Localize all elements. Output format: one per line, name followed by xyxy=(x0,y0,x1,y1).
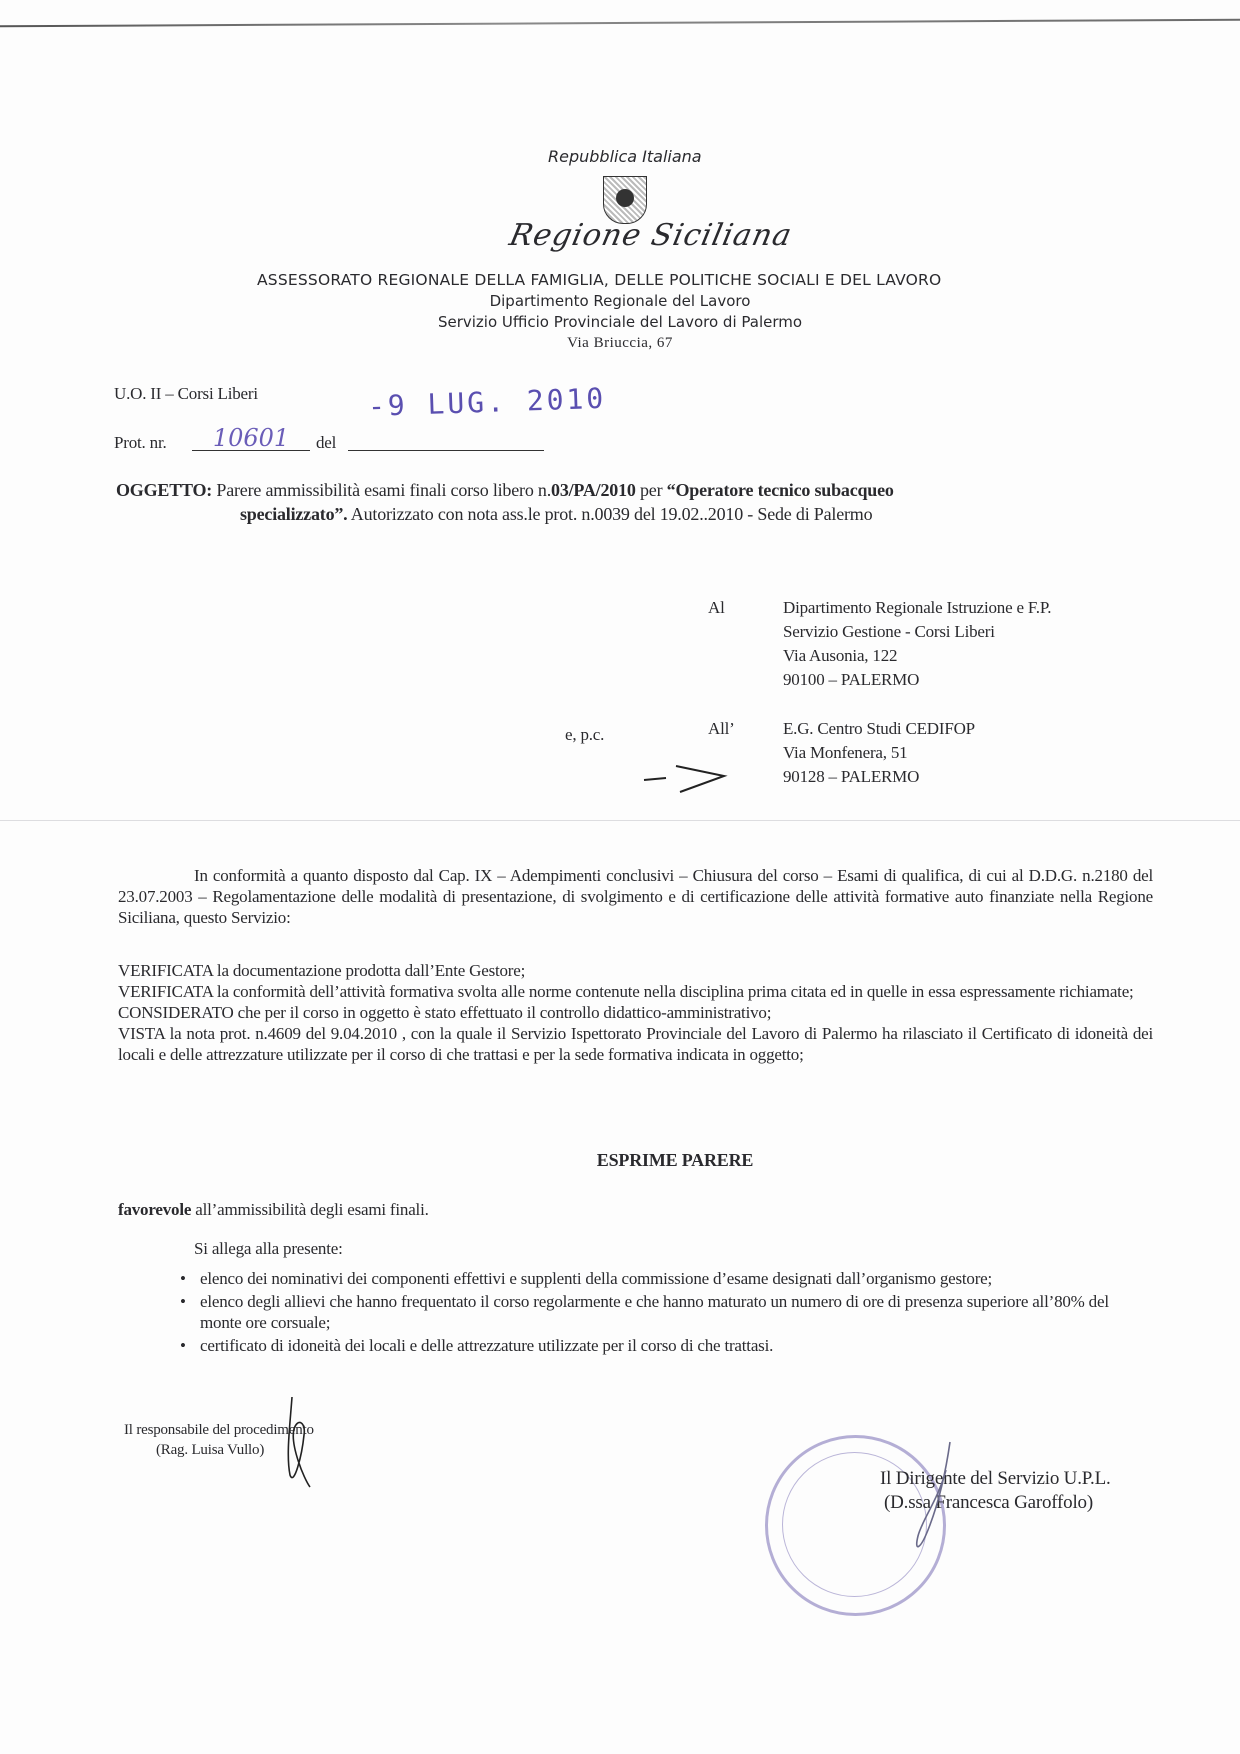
office-address: Via Briuccia, 67 xyxy=(0,335,1240,352)
attachment-item: •elenco degli allievi che hanno frequent… xyxy=(180,1291,1130,1333)
subject-authorization: Autorizzato con nota ass.le prot. n.0039… xyxy=(347,504,872,524)
attachment-text: certificato di idoneità dei locali e del… xyxy=(200,1335,773,1356)
cc-prefix: e, p.c. xyxy=(565,724,604,745)
recipient-line: Dipartimento Regionale Istruzione e F.P. xyxy=(783,596,1051,620)
fold-line xyxy=(0,820,1240,821)
premise-item: CONSIDERATO che per il corso in oggetto … xyxy=(118,1002,1153,1023)
recipient-line: Via Monfenera, 51 xyxy=(783,741,975,765)
page-top-edge xyxy=(0,19,1240,27)
recipient-line: Via Ausonia, 122 xyxy=(783,644,1051,668)
subject-text: Parere ammissibilità esami finali corso … xyxy=(216,480,551,500)
coat-of-arms-icon xyxy=(603,176,647,224)
recipient-line: E.G. Centro Studi CEDIFOP xyxy=(783,717,975,741)
subject-block: OGGETTO: Parere ammissibilità esami fina… xyxy=(116,478,1056,526)
recipient-1-salutation: Al xyxy=(708,597,725,618)
date-stamp: -9 LUG. 2010 xyxy=(367,382,606,423)
recipient-1-address: Dipartimento Regionale Istruzione e F.P.… xyxy=(783,596,1051,692)
del-label: del xyxy=(316,432,336,453)
premise-item: VERIFICATA la documentazione prodotta da… xyxy=(118,960,1153,981)
unit-label: U.O. II – Corsi Liberi xyxy=(114,383,258,404)
attachment-text: elenco degli allievi che hanno frequenta… xyxy=(200,1291,1130,1333)
recipient-line: 90128 – PALERMO xyxy=(783,765,975,789)
subject-text-2: per xyxy=(636,480,667,500)
stamp-text-holder xyxy=(862,1478,874,1490)
premises-list: VERIFICATA la documentazione prodotta da… xyxy=(118,960,1153,1065)
intro-paragraph: In conformità a quanto disposto dal Cap.… xyxy=(118,865,1153,928)
premise-item: VERIFICATA la conformità dell’attività f… xyxy=(118,981,1153,1002)
bullet-icon: • xyxy=(180,1335,200,1356)
attachment-item: •certificato di idoneità dei locali e de… xyxy=(180,1335,1130,1356)
service-line: Servizio Ufficio Provinciale del Lavoro … xyxy=(0,313,1240,331)
attachment-item: •elenco dei nominativi dei componenti ef… xyxy=(180,1268,1130,1289)
date-field xyxy=(348,428,544,451)
opinion-text: favorevole all’ammissibilità degli esami… xyxy=(118,1199,429,1220)
handwritten-signature-icon xyxy=(280,1395,320,1490)
subject-label: OGGETTO: xyxy=(116,480,212,500)
recipient-2-address: E.G. Centro Studi CEDIFOP Via Monfenera,… xyxy=(783,717,975,789)
department-line: Dipartimento Regionale del Lavoro xyxy=(0,292,1240,310)
bullet-icon: • xyxy=(180,1291,200,1333)
course-code: 03/PA/2010 xyxy=(551,480,636,500)
opinion-heading: ESPRIME PARERE xyxy=(0,1150,1240,1171)
prot-number-field: 10601 xyxy=(192,428,310,451)
attachment-text: elenco dei nominativi dei componenti eff… xyxy=(200,1268,992,1289)
course-name-cont: specializzato”. xyxy=(240,504,347,524)
opinion-verdict: favorevole xyxy=(118,1200,191,1219)
recipient-2-salutation: All’ xyxy=(708,718,735,739)
opinion-rest: all’ammissibilità degli esami finali. xyxy=(191,1200,428,1219)
handwritten-signature-icon xyxy=(900,1440,960,1570)
recipient-line: Servizio Gestione - Corsi Liberi xyxy=(783,620,1051,644)
assessorato-line: ASSESSORATO REGIONALE DELLA FAMIGLIA, DE… xyxy=(257,271,941,289)
recipient-line: 90100 – PALERMO xyxy=(783,668,1051,692)
bullet-icon: • xyxy=(180,1268,200,1289)
republic-label: Repubblica Italiana xyxy=(548,147,702,166)
premise-item: VISTA la nota prot. n.4609 del 9.04.2010… xyxy=(118,1023,1153,1065)
region-name: Regione Siciliana xyxy=(506,218,795,253)
course-name: “Operatore tecnico subacqueo xyxy=(667,480,894,500)
prot-label: Prot. nr. xyxy=(114,432,167,453)
attachments-list: •elenco dei nominativi dei componenti ef… xyxy=(180,1268,1130,1356)
attachments-intro: Si allega alla presente: xyxy=(194,1238,343,1259)
prot-number: 10601 xyxy=(213,424,289,452)
handwritten-arrow-icon xyxy=(640,758,730,798)
